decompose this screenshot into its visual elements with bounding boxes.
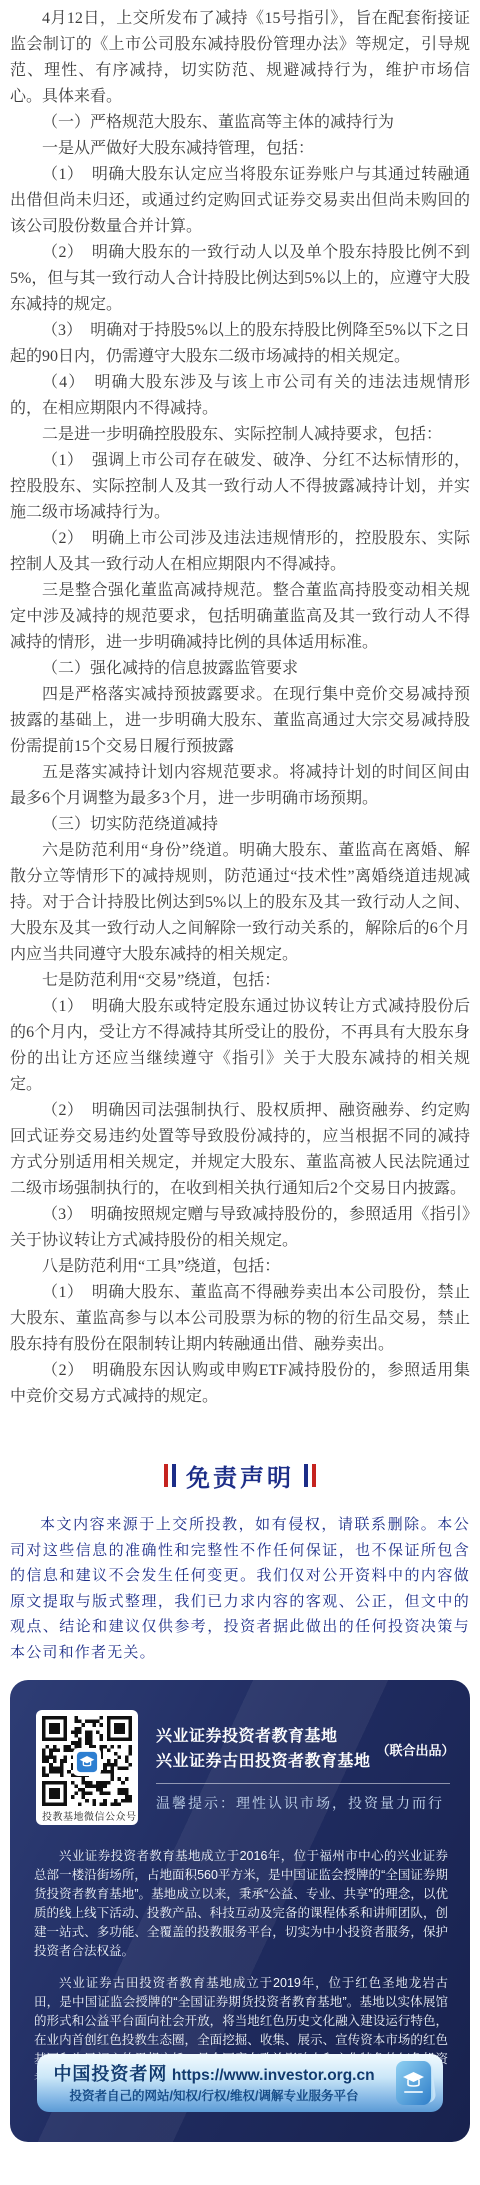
qr-panel: 投教基地微信公众号: [36, 1710, 138, 1825]
article-paragraph: （1） 明确大股东、董监高不得融券卖出本公司股份，禁止大股东、董监高参与以本公司…: [10, 1280, 470, 1358]
disclaimer-title: 免责声明: [0, 1458, 480, 1493]
article-paragraph: （4） 明确大股东涉及与该上市公司有关的违法违规情形的，在相应期限内不得减持。: [10, 370, 470, 422]
article-body: 4月12日，上交所发布了减持《15号指引》，旨在配套衔接证监会制订的《上市公司股…: [0, 0, 480, 1410]
disclaimer-title-text: 免责声明: [186, 1458, 294, 1493]
card-description: 兴业证券投资者教育基地成立于2016年，位于福州市中心的兴业证券总部一楼沿街场所…: [34, 1847, 448, 2088]
article-paragraph: （2） 明确大股东的一致行动人以及单个股东持股比例不到5%，但与其一致行动人合计…: [10, 240, 470, 318]
card-title-line2: 兴业证券古田投资者教育基地: [156, 1749, 371, 1774]
qr-caption: 投教基地微信公众号: [42, 1808, 132, 1823]
article-paragraph: 四是严格落实减持预披露要求。在现行集中竞价交易减持预披露的基础上，进一步明确大股…: [10, 682, 470, 760]
disclaimer-right-bars-decoration: [302, 1464, 318, 1487]
article-paragraph: （3） 明确对于持股5%以上的股东持股比例降至5%以下之日起的90日内，仍需遵守…: [10, 318, 470, 370]
article-paragraph: 八是防范利用“工具”绕道，包括：: [10, 1254, 470, 1280]
article-paragraph: （二）强化减持的信息披露监管要求: [10, 656, 470, 682]
card-tip-line: 温馨提示：理性认识市场，投资量力而行: [156, 1793, 450, 1813]
article-paragraph: （2） 明确股东因认购或申购ETF减持股份的，参照适用集中竞价交易方式减持的规定…: [10, 1358, 470, 1410]
article-paragraph: （1） 明确大股东认定应当将股东证券账户与其通过转融通出借但尚未归还，或通过约定…: [10, 162, 470, 240]
card-title-line1: 兴业证券投资者教育基地: [156, 1724, 371, 1749]
banner-title-line: 中国投资者网 https://www.investor.org.cn: [53, 2062, 374, 2088]
article-paragraph: 一是从严做好大股东减持管理，包括：: [10, 136, 470, 162]
article-paragraph: 六是防范利用“身份”绕道。明确大股东、董监高在离婚、解散分立等情形下的减持规则，…: [10, 838, 470, 968]
investor-site-name: 中国投资者网: [53, 2064, 167, 2084]
investor-education-card: 投教基地微信公众号 兴业证券投资者教育基地 兴业证券古田投资者教育基地 （联合出…: [10, 1680, 470, 2142]
article-paragraph: 七是防范利用“交易”绕道，包括：: [10, 968, 470, 994]
disclaimer-body: 本文内容来源于上交所投教，如有侵权，请联系删除。本公司对这些信息的准确性和完整性…: [10, 1513, 470, 1666]
article-paragraph: 二是进一步明确控股股东、实际控制人减持要求，包括：: [10, 422, 470, 448]
article-paragraph: （2） 明确上市公司涉及违法违规情形的，控股股东、实际控制人及其一致行动人在相应…: [10, 526, 470, 578]
article-paragraph: 三是整合强化董监高减持规范。整合董监高持股变动相关规定中涉及减持的规范要求，包括…: [10, 578, 470, 656]
article-paragraph: （3） 明确按照规定赠与导致减持股份的，参照适用《指引》关于协议转让方式减持股份…: [10, 1202, 470, 1254]
article-paragraph: 4月12日，上交所发布了减持《15号指引》，旨在配套衔接证监会制订的《上市公司股…: [10, 6, 470, 110]
qr-center-logo-icon: [73, 1748, 101, 1776]
article-paragraph: （一）严格规范大股东、董监高等主体的减持行为: [10, 110, 470, 136]
card-paragraph: 兴业证券投资者教育基地成立于2016年，位于福州市中心的兴业证券总部一楼沿街场所…: [34, 1847, 448, 1961]
article-paragraph: （三）切实防范绕道减持: [10, 812, 470, 838]
investor-site-url[interactable]: https://www.investor.org.cn: [172, 2067, 375, 2084]
disclaimer-left-bars-decoration: [162, 1464, 178, 1487]
article-paragraph: （1） 强调上市公司存在破发、破净、分红不达标情形的，控股股东、实际控制人及其一…: [10, 448, 470, 526]
banner-tagline: 投资者自己的网站/知权/行权/维权/调解专业服务平台: [70, 2088, 359, 2105]
article-paragraph: （2） 明确因司法强制执行、股权质押、融资融券、约定购回式证券交易违约处置等导致…: [10, 1098, 470, 1202]
investor-site-icon: [388, 2058, 438, 2108]
article-paragraph: （1） 明确大股东或特定股东通过协议转让方式减持股份后的6个月内，受让方不得减持…: [10, 994, 470, 1098]
co-produced-label: （联合出品）: [377, 1740, 455, 1759]
card-divider: [156, 1783, 450, 1784]
article-paragraph: 五是落实减持计划内容规范要求。将减持计划的时间区间由最多6个月调整为最多3个月，…: [10, 760, 470, 812]
investor-site-banner: 中国投资者网 https://www.investor.org.cn 投资者自己…: [37, 2054, 443, 2112]
card-head-titles: 兴业证券投资者教育基地 兴业证券古田投资者教育基地 （联合出品） 温馨提示：理性…: [156, 1710, 450, 1825]
card-header: 投教基地微信公众号 兴业证券投资者教育基地 兴业证券古田投资者教育基地 （联合出…: [10, 1680, 470, 1825]
